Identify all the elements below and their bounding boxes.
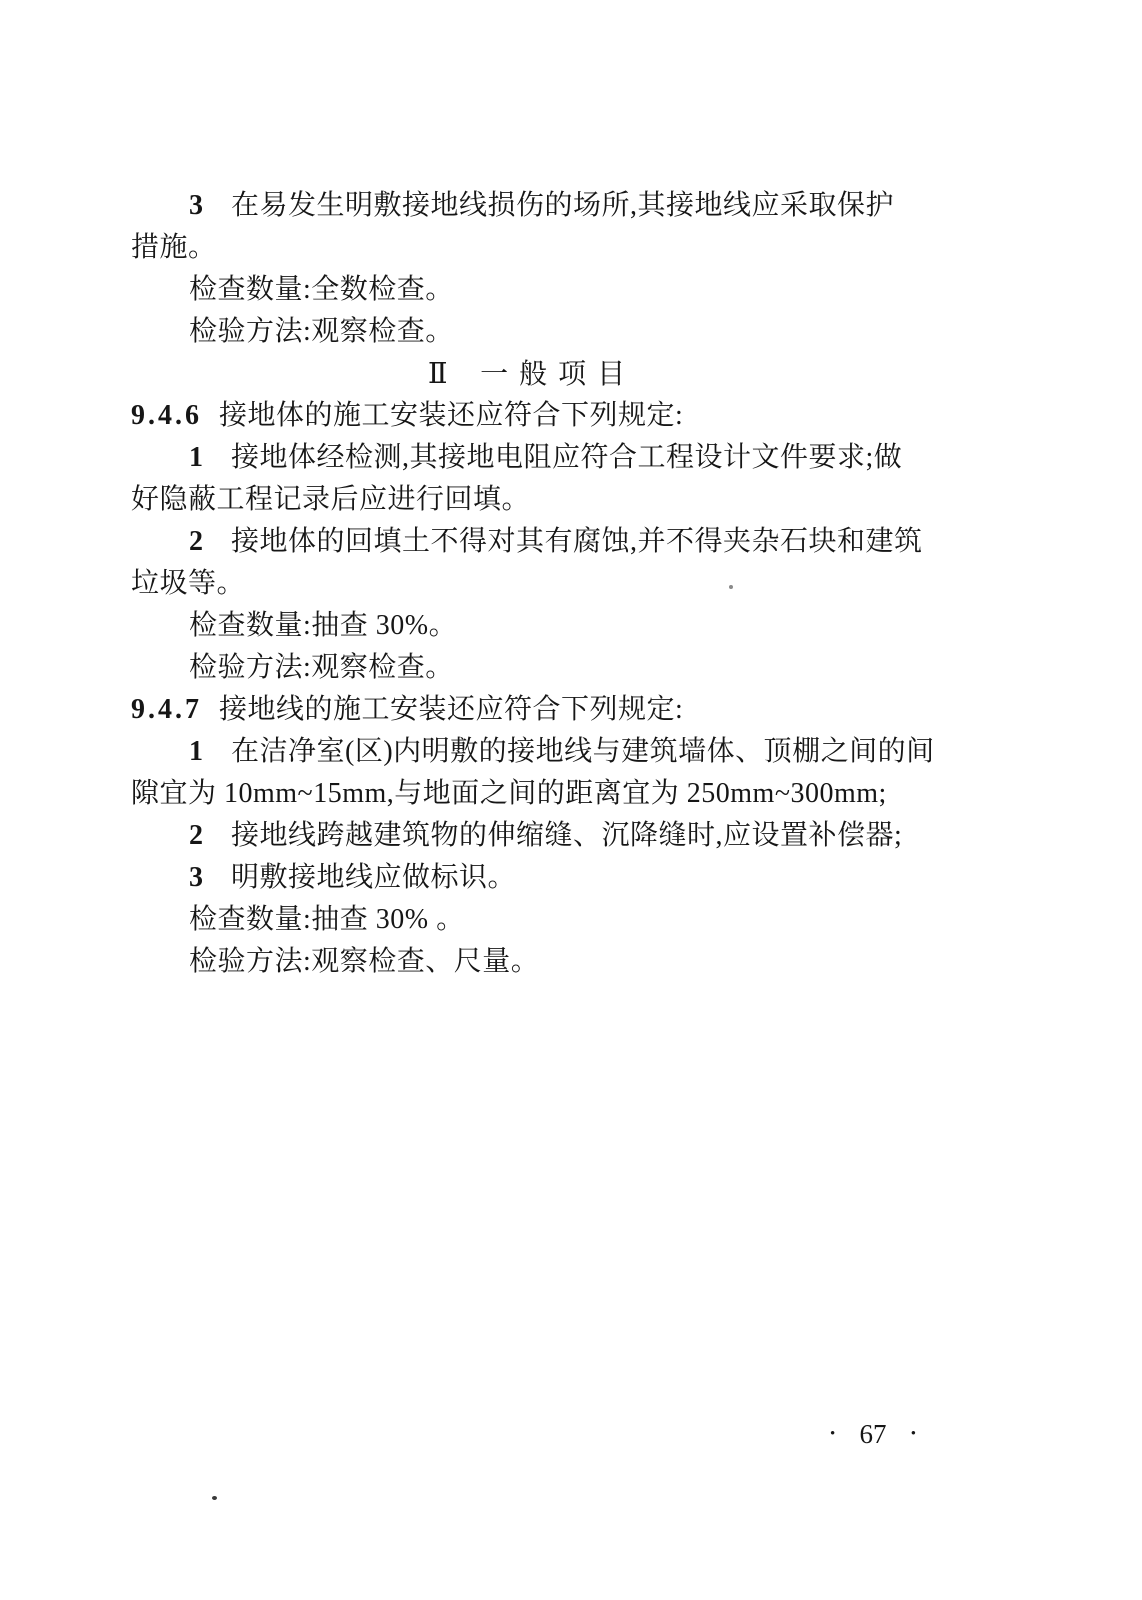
section-heading-numeral: Ⅱ xyxy=(428,358,448,390)
section-heading: Ⅱ一般项目 xyxy=(131,353,917,395)
line-text: 接地体经检测,其接地电阻应符合工程设计文件要求;做 xyxy=(231,442,902,473)
text-line: 1接地体经检测,其接地电阻应符合工程设计文件要求;做 xyxy=(131,437,917,479)
clause-number: 1 xyxy=(189,736,204,767)
line-text: 明敷接地线应做标识。 xyxy=(231,862,516,893)
clause-number: 2 xyxy=(189,820,204,851)
line-text: 垃圾等。 xyxy=(131,568,245,599)
text-line: 隙宜为 10mm~15mm,与地面之间的距离宜为 250mm~300mm; xyxy=(131,773,917,815)
line-text: 措施。 xyxy=(131,232,217,263)
line-text: 接地体的回填土不得对其有腐蚀,并不得夹杂石块和建筑 xyxy=(231,526,923,557)
line-text: 好隐蔽工程记录后应进行回填。 xyxy=(131,484,530,515)
text-line: 检验方法:观察检查。 xyxy=(131,311,917,353)
text-line: 1在洁净室(区)内明敷的接地线与建筑墙体、顶棚之间的间 xyxy=(131,731,917,773)
text-line: 检查数量:抽查 30%。 xyxy=(131,605,917,647)
scan-speck xyxy=(212,1496,217,1500)
clause-number: 3 xyxy=(189,862,204,893)
page-number: 67 xyxy=(860,1419,887,1450)
scan-speck xyxy=(729,585,733,589)
clause-number: 1 xyxy=(189,442,204,473)
clause-number: 9.4.7 xyxy=(131,694,202,725)
footer-dot-right: • xyxy=(911,1416,916,1452)
text-line: 检查数量:抽查 30% 。 xyxy=(131,899,917,941)
line-text: 接地体的施工安装还应符合下列规定: xyxy=(219,400,683,431)
line-text: 隙宜为 10mm~15mm,与地面之间的距离宜为 250mm~300mm; xyxy=(131,778,887,809)
line-text: 检查数量:抽查 30% 。 xyxy=(189,904,465,935)
page-footer: • 67 • xyxy=(830,1416,916,1452)
line-text: 检验方法:观察检查、尺量。 xyxy=(189,946,539,977)
text-line: 2接地线跨越建筑物的伸缩缝、沉降缝时,应设置补偿器; xyxy=(131,815,917,857)
clause-number: 2 xyxy=(189,526,204,557)
line-text: 检查数量:全数检查。 xyxy=(189,274,454,305)
text-line: 3明敷接地线应做标识。 xyxy=(131,857,917,899)
clause-number: 9.4.6 xyxy=(131,400,202,431)
text-line: 9.4.7接地线的施工安装还应符合下列规定: xyxy=(131,689,917,731)
document-text-block: 3在易发生明敷接地线损伤的场所,其接地线应采取保护 措施。 检查数量:全数检查。… xyxy=(131,185,917,983)
text-line: 垃圾等。 xyxy=(131,563,917,605)
line-text: 检验方法:观察检查。 xyxy=(189,316,454,347)
text-line: 3在易发生明敷接地线损伤的场所,其接地线应采取保护 xyxy=(131,185,917,227)
text-line: 检查数量:全数检查。 xyxy=(131,269,917,311)
text-line: 9.4.6接地体的施工安装还应符合下列规定: xyxy=(131,395,917,437)
text-line: 检验方法:观察检查、尺量。 xyxy=(131,941,917,983)
text-line: 2接地体的回填土不得对其有腐蚀,并不得夹杂石块和建筑 xyxy=(131,521,917,563)
line-text: 在易发生明敷接地线损伤的场所,其接地线应采取保护 xyxy=(231,190,894,221)
document-page: 3在易发生明敷接地线损伤的场所,其接地线应采取保护 措施。 检查数量:全数检查。… xyxy=(0,0,1142,1600)
line-text: 接地线跨越建筑物的伸缩缝、沉降缝时,应设置补偿器; xyxy=(231,820,902,851)
footer-dot-left: • xyxy=(830,1416,835,1452)
section-heading-title: 一般项目 xyxy=(480,359,636,390)
line-text: 检查数量:抽查 30%。 xyxy=(189,610,457,641)
line-text: 在洁净室(区)内明敷的接地线与建筑墙体、顶棚之间的间 xyxy=(231,736,935,767)
line-text: 检验方法:观察检查。 xyxy=(189,652,454,683)
text-line: 好隐蔽工程记录后应进行回填。 xyxy=(131,479,917,521)
line-text: 接地线的施工安装还应符合下列规定: xyxy=(219,694,683,725)
text-line: 检验方法:观察检查。 xyxy=(131,647,917,689)
text-line: 措施。 xyxy=(131,227,917,269)
clause-number: 3 xyxy=(189,190,204,221)
